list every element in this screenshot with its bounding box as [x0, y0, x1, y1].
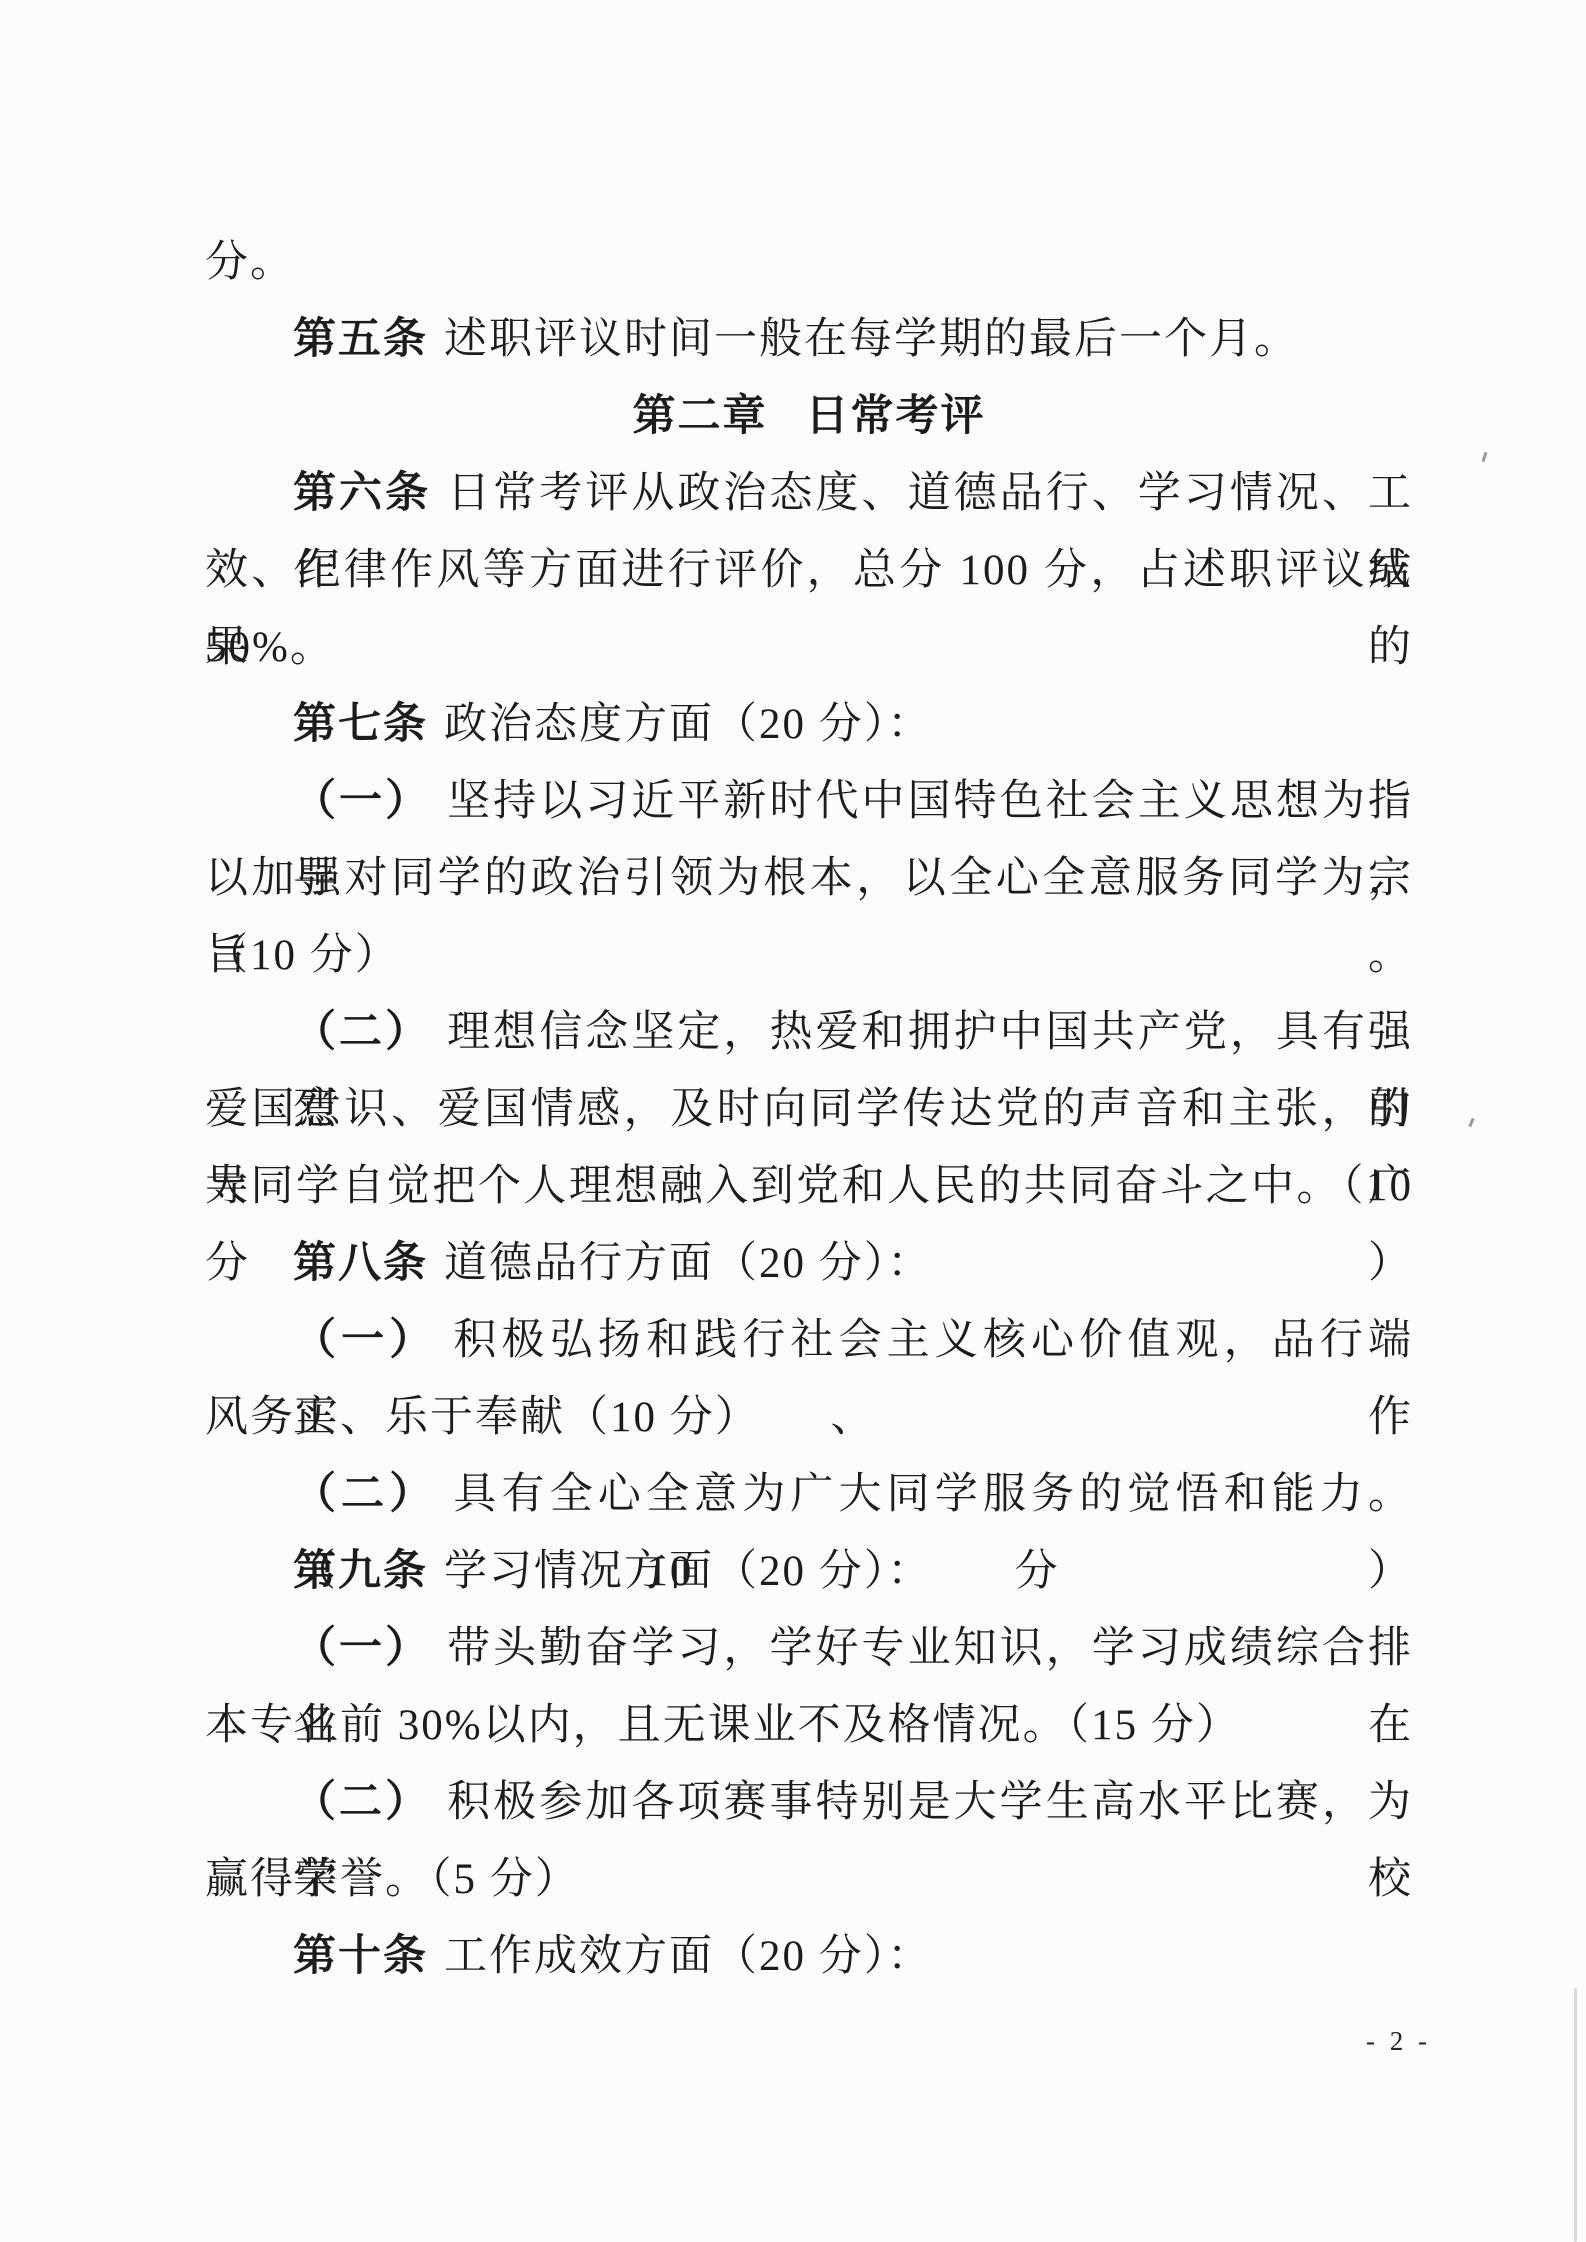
document-line: 爱国意识、爱国情感，及时向同学传达党的声音和主张，引导广	[205, 1071, 1413, 1148]
document-line: 本专业前 30%以内，且无课业不及格情况。（15 分）	[205, 1687, 1413, 1764]
article-label: 第六条	[293, 469, 431, 517]
line-text: （10 分）	[205, 932, 400, 979]
item-marker: （一）	[293, 1624, 431, 1672]
item-2-line: （二）具有全心全意为广大同学服务的觉悟和能力。（10 分）	[205, 1456, 1413, 1533]
article-label: 第九条	[293, 1547, 428, 1595]
chapter-heading: 第二章日常考评	[205, 378, 1413, 455]
scan-speck	[1482, 452, 1488, 462]
item-1-line: （一）积极弘扬和践行社会主义核心价值观，品行端正、作	[205, 1302, 1413, 1379]
document-body: 分。 第五条述职评议时间一般在每学期的最后一个月。 第二章日常考评 第六条日常考…	[205, 224, 1413, 1995]
article-5-heading-line: 第五条述职评议时间一般在每学期的最后一个月。	[205, 301, 1413, 378]
document-line: 分。	[205, 224, 1413, 301]
article-label: 第五条	[293, 315, 428, 363]
line-text: 风务实、乐于奉献（10 分）	[205, 1394, 760, 1441]
document-line: 效、纪律作风等方面进行评价，总分 100 分，占述职评议结果的	[205, 532, 1413, 609]
article-label: 第八条	[293, 1239, 428, 1287]
line-text: 效、纪律作风等方面进行评价，总分 100 分，占述职评议结果的	[205, 547, 1413, 671]
document-line: 以加强对同学的政治引领为根本，以全心全意服务同学为宗旨。	[205, 840, 1413, 917]
article-label: 第十条	[293, 1932, 428, 1980]
document-line: 大同学自觉把个人理想融入到党和人民的共同奋斗之中。（10 分）	[205, 1148, 1413, 1225]
scan-speck	[1468, 1118, 1474, 1127]
item-marker: （二）	[293, 1778, 431, 1826]
line-text: 道德品行方面（20 分）：	[444, 1240, 932, 1287]
article-7-heading-line: 第七条政治态度方面（20 分）：	[205, 686, 1413, 763]
line-text: 赢得荣誉。（5 分）	[205, 1856, 580, 1903]
line-text: 政治态度方面（20 分）：	[444, 701, 932, 748]
line-text: 分。	[205, 239, 295, 286]
line-text: 50%。	[205, 624, 335, 671]
item-2-line: （二）积极参加各项赛事特别是大学生高水平比赛，为学校	[205, 1764, 1413, 1841]
line-text: 本专业前 30%以内，且无课业不及格情况。（15 分）	[205, 1702, 1241, 1749]
chapter-label: 第二章	[633, 392, 768, 440]
chapter-title: 日常考评	[806, 392, 986, 440]
item-2-line: （二）理想信念坚定，热爱和拥护中国共产党，具有强烈的	[205, 994, 1413, 1071]
line-text: 学习情况方面（20 分）：	[444, 1548, 932, 1595]
article-10-heading-line: 第十条工作成效方面（20 分）：	[205, 1918, 1413, 1995]
page-number: - 2 -	[1366, 2026, 1431, 2057]
item-marker: （二）	[293, 1470, 437, 1518]
item-marker: （一）	[293, 1316, 437, 1364]
document-page: 分。 第五条述职评议时间一般在每学期的最后一个月。 第二章日常考评 第六条日常考…	[0, 0, 1586, 2242]
article-label: 第七条	[293, 700, 428, 748]
scan-edge-artifact	[1574, 1988, 1577, 2242]
line-text: 工作成效方面（20 分）：	[444, 1933, 932, 1980]
item-marker: （一）	[293, 777, 431, 825]
item-marker: （二）	[293, 1008, 431, 1056]
item-1-line: （一）坚持以习近平新时代中国特色社会主义思想为指导，	[205, 763, 1413, 840]
item-1-line: （一）带头勤奋学习，学好专业知识，学习成绩综合排名在	[205, 1610, 1413, 1687]
article-6-line: 第六条日常考评从政治态度、道德品行、学习情况、工作成	[205, 455, 1413, 532]
line-text: 述职评议时间一般在每学期的最后一个月。	[444, 316, 1299, 363]
